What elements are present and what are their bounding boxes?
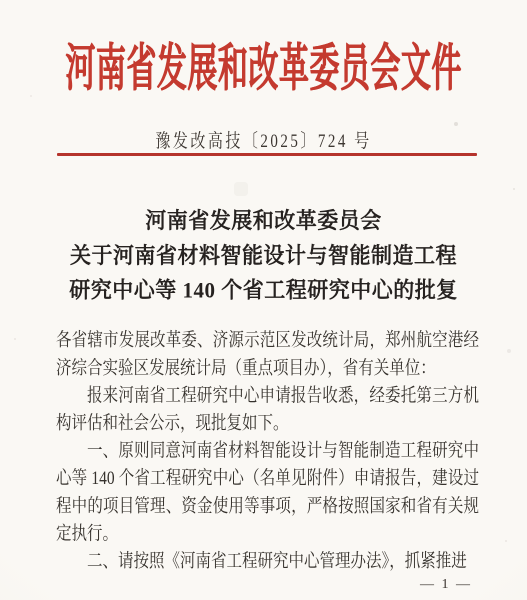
body-paragraph-item-1: 一、原则同意河南省材料智能设计与智能制造工程研究中心等 140 个省工程研究中心… <box>56 437 479 547</box>
body-paragraph-item-2: 二、请按照《河南省工程研究中心管理办法》，抓紧推进 <box>56 548 479 576</box>
document-page: 河南省发展和改革委员会文件 豫发改高技〔2025〕724 号 河南省发展和改革委… <box>0 0 527 600</box>
doc-number: 豫发改高技〔2025〕724 号 <box>0 127 527 153</box>
document-title: 河南省发展和改革委员会 关于河南省材料智能设计与智能制造工程 研究中心等 140… <box>0 204 527 308</box>
title-line-2: 关于河南省材料智能设计与智能制造工程 <box>0 239 527 274</box>
body-paragraph-recipients: 各省辖市发展改革委、济源示范区发改统计局，郑州航空港经济综合实验区发展统计局（重… <box>56 327 479 382</box>
red-divider-line <box>57 153 477 156</box>
title-line-1: 河南省发展和改革委员会 <box>0 204 527 239</box>
body-paragraph-intro: 报来河南省工程研究中心申请报告收悉，经委托第三方机构评估和社会公示，现批复如下。 <box>56 382 479 437</box>
agency-banner: 河南省发展和改革委员会文件 <box>0 26 527 101</box>
title-line-3: 研究中心等 140 个省工程研究中心的批复 <box>0 273 527 308</box>
document-body: 各省辖市发展改革委、济源示范区发改统计局，郑州航空港经济综合实验区发展统计局（重… <box>56 327 479 575</box>
page-number: — 1 — <box>420 577 472 593</box>
